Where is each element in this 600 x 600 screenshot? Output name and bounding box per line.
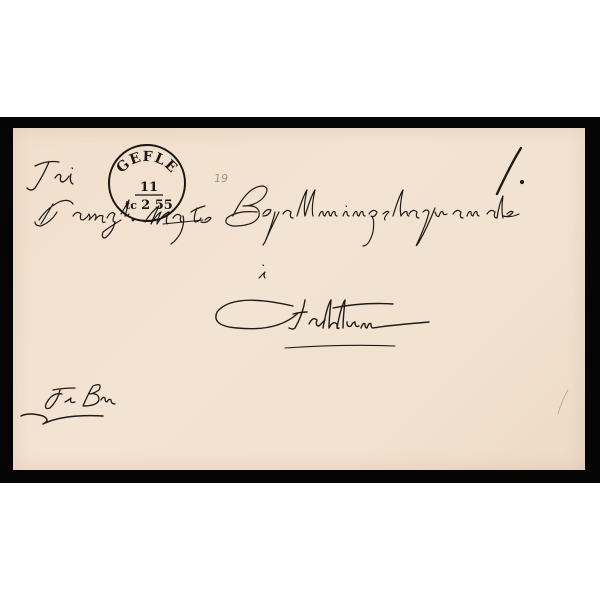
postmark-month-year: 2 55 [141, 198, 173, 213]
postmark-gefle: GEFLE 11 tc 2 55 [103, 139, 191, 227]
free-frank-signature [21, 385, 115, 424]
address-line-i [259, 265, 265, 278]
rate-mark [497, 148, 523, 194]
address-line-1: Till [0, 0, 1, 1]
address-line-befallningshafvande [226, 186, 519, 246]
postmark-day: 11 [140, 180, 158, 195]
address-transcription: Till Kongl. Majts Befallningshafvande i … [0, 0, 1, 1]
handwriting-ink [13, 128, 585, 470]
envelope-cover [13, 128, 585, 470]
address-line-till [27, 162, 73, 191]
pencil-stroke [558, 390, 568, 414]
postmark-prefix: tc [125, 199, 137, 212]
address-line-fahlun [216, 300, 429, 348]
pencil-note: 19 [213, 172, 229, 185]
